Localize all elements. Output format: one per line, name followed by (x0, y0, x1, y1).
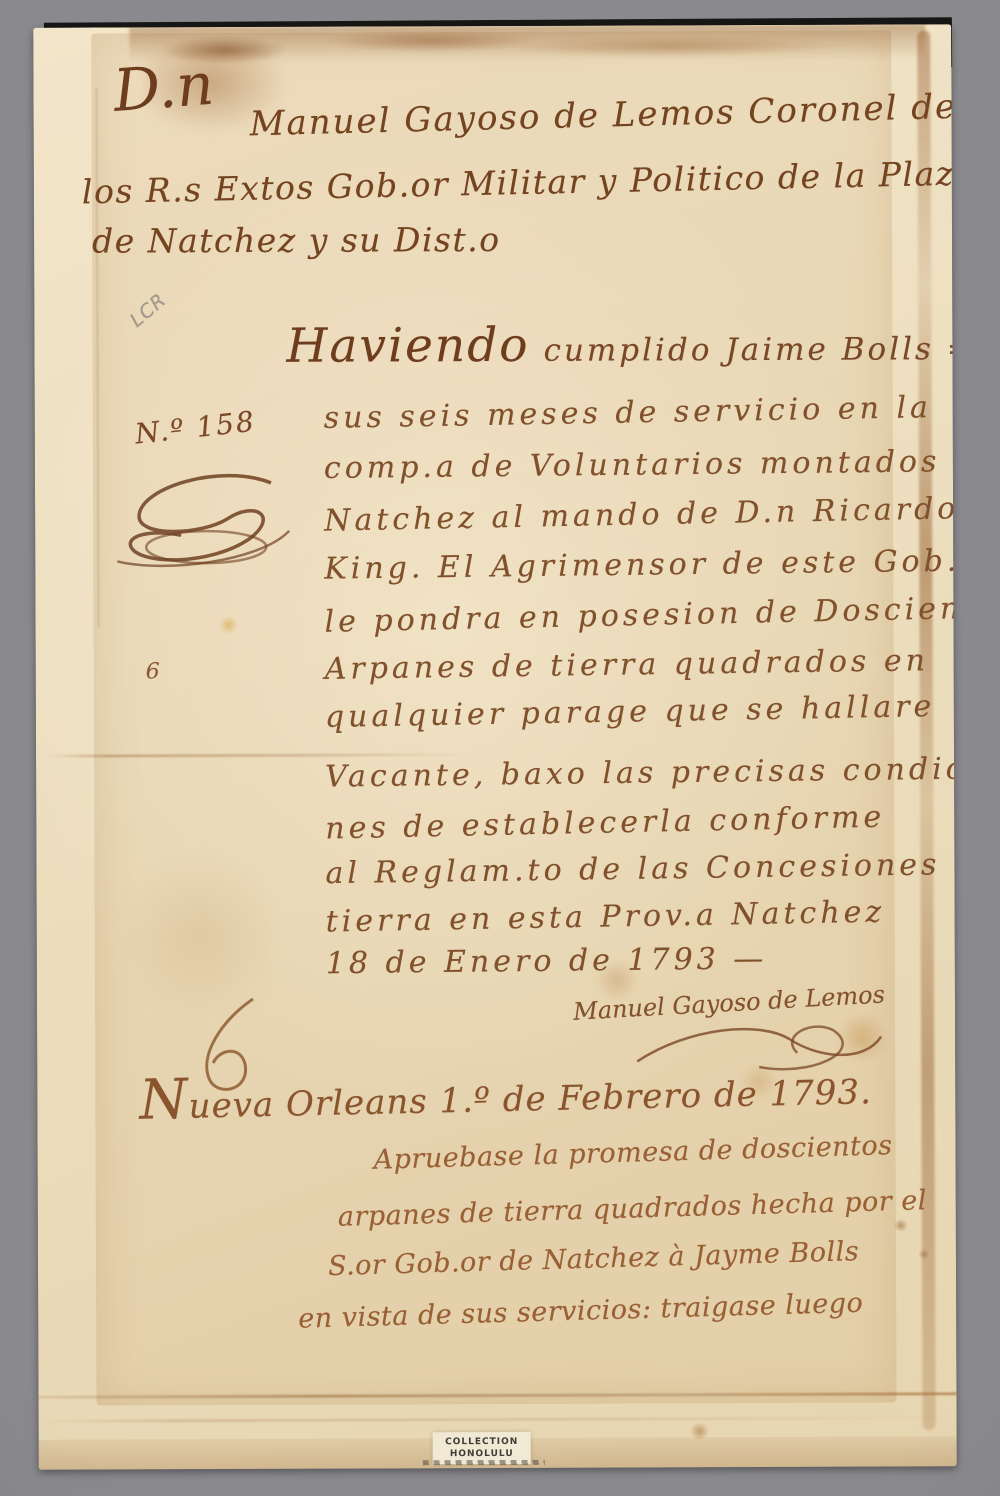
body-opening-rest: cumplido Jaime Bolls = (543, 331, 956, 369)
body-opening-word: Haviendo (286, 318, 529, 374)
bottom-crease-2 (39, 1416, 957, 1423)
paraph-flourish (111, 469, 296, 580)
collection-label-line-1: COLLECTION (445, 1437, 518, 1448)
heading-initial: D.n (111, 50, 216, 125)
body-line: 18 de Enero de 1793 — (326, 941, 768, 981)
body-line: comp.a de Voluntarios montados de (324, 444, 957, 486)
photo-background: D.n Manuel Gayoso de Lemos Coronel de lo… (0, 0, 1000, 1496)
label-perforation-dots (423, 1460, 545, 1465)
heading-line-3: de Natchez y su Dist.o (92, 220, 501, 261)
right-edge-stain (917, 30, 935, 1430)
stray-ink-mark: 6 (146, 659, 160, 684)
body-opening-line: Haviendocumplido Jaime Bolls = (286, 316, 956, 374)
collection-label-line-2: HONOLULU (450, 1448, 514, 1459)
manuscript-page: D.n Manuel Gayoso de Lemos Coronel de lo… (33, 24, 957, 1470)
